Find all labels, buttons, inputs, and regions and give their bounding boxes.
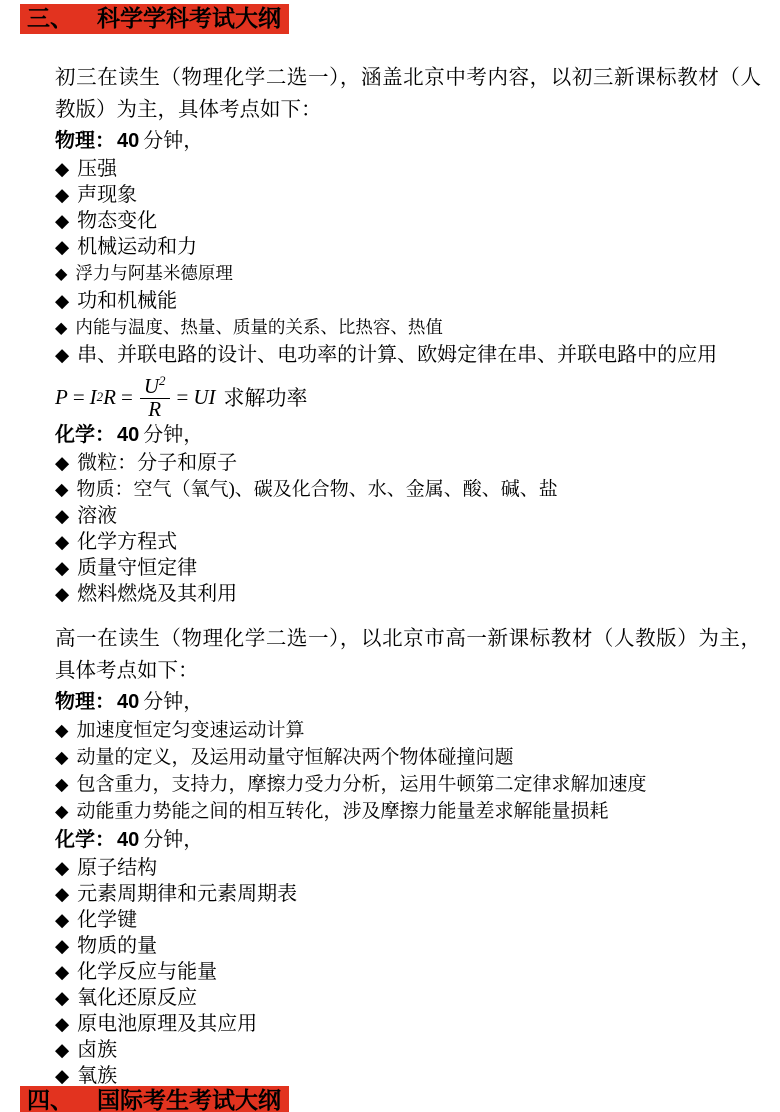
diamond-bullet-icon: ◆ [55, 581, 69, 607]
topic-item: ◆原电池原理及其应用 [55, 1011, 761, 1037]
diamond-bullet-icon: ◆ [55, 234, 69, 260]
diamond-bullet-icon: ◆ [55, 959, 69, 985]
formula-var-ui: UI [193, 385, 215, 410]
topic-item: ◆内能与温度、热量、质量的关系、比热容、热值 [55, 314, 761, 342]
senior-intro-paragraph: 高一在读生（物理化学二选一），以北京市高一新课标教材（人教版）为主，具体考点如下… [55, 623, 761, 687]
duration-unit: 分钟， [143, 424, 203, 446]
topic-item: ◆微粒：分子和原子 [55, 450, 761, 476]
senior-physics-label: 物理：40分钟， [55, 689, 761, 715]
topic-text: 内能与温度、热量、质量的关系、比热容、热值 [75, 317, 443, 337]
formula-var-p: P [55, 385, 68, 410]
topic-item: ◆动量的定义，及运用动量守恒解决两个物体碰撞问题 [55, 744, 761, 771]
diamond-bullet-icon: ◆ [55, 907, 69, 933]
topic-text: 氧族 [77, 1065, 117, 1087]
topic-item: ◆包含重力，支持力，摩擦力受力分析，运用牛顿第二定律求解加速度 [55, 771, 761, 798]
diamond-bullet-icon: ◆ [55, 342, 69, 368]
diamond-bullet-icon: ◆ [55, 717, 68, 743]
senior-physics-topic-list: ◆加速度恒定匀变速运动计算 ◆动量的定义，及运用动量守恒解决两个物体碰撞问题 ◆… [55, 717, 761, 825]
duration-unit: 分钟， [143, 130, 203, 152]
diamond-bullet-icon: ◆ [55, 771, 68, 797]
formula-var-i: I [90, 385, 97, 410]
diamond-bullet-icon: ◆ [55, 450, 69, 476]
section-4-number: 四、 [27, 1088, 73, 1112]
topic-text: 浮力与阿基米德原理 [75, 263, 233, 283]
topic-text: 声现象 [77, 184, 137, 206]
formula-equals: = [73, 385, 85, 410]
formula-equals: = [177, 385, 189, 410]
topic-text: 压强 [77, 158, 117, 180]
diamond-bullet-icon: ◆ [55, 503, 69, 529]
topic-item: ◆原子结构 [55, 855, 761, 881]
diamond-bullet-icon: ◆ [55, 182, 69, 208]
topic-text: 加速度恒定匀变速运动计算 [76, 720, 304, 741]
diamond-bullet-icon: ◆ [55, 262, 67, 288]
topic-item: ◆化学方程式 [55, 529, 761, 555]
fraction-denominator: R [148, 399, 161, 420]
diamond-bullet-icon: ◆ [55, 208, 69, 234]
topic-text: 包含重力，支持力，摩擦力受力分析，运用牛顿第二定律求解加速度 [76, 774, 646, 795]
diamond-bullet-icon: ◆ [55, 1037, 69, 1063]
diamond-bullet-icon: ◆ [55, 1011, 69, 1037]
topic-text: 卤族 [77, 1039, 117, 1061]
subject-name: 化学： [55, 424, 115, 446]
junior-intro-paragraph: 初三在读生（物理化学二选一），涵盖北京中考内容，以初三新课标教材（人教版）为主，… [55, 62, 761, 126]
subject-name: 化学： [55, 829, 115, 851]
diamond-bullet-icon: ◆ [55, 555, 69, 581]
topic-text: 化学反应与能量 [77, 961, 217, 983]
topic-item: ◆声现象 [55, 182, 761, 208]
diamond-bullet-icon: ◆ [55, 156, 69, 182]
subject-name: 物理： [55, 130, 115, 152]
diamond-bullet-icon: ◆ [55, 744, 68, 770]
topic-text: 物质的量 [77, 935, 157, 957]
senior-chemistry-label: 化学：40分钟， [55, 827, 761, 853]
subject-name: 物理： [55, 691, 115, 713]
section-4-title: 国际考生考试大纲 [97, 1088, 281, 1112]
diamond-bullet-icon: ◆ [55, 933, 69, 959]
topic-text: 动能重力势能之间的相互转化，涉及摩擦力能量差求解能量损耗 [76, 801, 608, 822]
duration-unit: 分钟， [143, 691, 203, 713]
topic-text: 质量守恒定律 [77, 557, 197, 579]
diamond-bullet-icon: ◆ [55, 476, 68, 502]
topic-item: ◆化学键 [55, 907, 761, 933]
section-3-number: 三、 [27, 6, 73, 31]
duration-value: 40 [117, 691, 139, 713]
junior-chemistry-topic-list: ◆微粒：分子和原子 ◆物质：空气（氧气)、碳及化合物、水、金属、酸、碱、盐 ◆溶… [55, 450, 761, 607]
diamond-bullet-icon: ◆ [55, 881, 69, 907]
junior-physics-topic-list: ◆压强 ◆声现象 ◆物态变化 ◆机械运动和力 ◆浮力与阿基米德原理 ◆功和机械能… [55, 156, 761, 368]
topic-item: ◆物质：空气（氧气)、碳及化合物、水、金属、酸、碱、盐 [55, 476, 761, 503]
topic-text: 原电池原理及其应用 [77, 1013, 257, 1035]
fraction-numerator: U2 [140, 375, 170, 399]
topic-item: ◆氧化还原反应 [55, 985, 761, 1011]
topic-item: ◆燃料燃烧及其利用 [55, 581, 761, 607]
power-formula: P = I2R = U2 R = UI 求解功率 [55, 374, 761, 420]
topic-item: ◆质量守恒定律 [55, 555, 761, 581]
topic-text: 串、并联电路的设计、电功率的计算、欧姆定律在串、并联电路中的应用 [77, 344, 717, 366]
topic-item: ◆机械运动和力 [55, 234, 761, 260]
topic-item: ◆加速度恒定匀变速运动计算 [55, 717, 761, 744]
diamond-bullet-icon: ◆ [55, 798, 68, 824]
topic-text: 功和机械能 [77, 290, 177, 312]
topic-text: 微粒：分子和原子 [77, 452, 237, 474]
topic-text: 机械运动和力 [77, 236, 197, 258]
topic-item: ◆卤族 [55, 1037, 761, 1063]
diamond-bullet-icon: ◆ [55, 316, 67, 342]
senior-chemistry-topic-list: ◆原子结构 ◆元素周期律和元素周期表 ◆化学键 ◆物质的量 ◆化学反应与能量 ◆… [55, 855, 761, 1089]
duration-value: 40 [117, 130, 139, 152]
formula-fraction: U2 R [140, 375, 170, 420]
formula-equals: = [121, 385, 133, 410]
diamond-bullet-icon: ◆ [55, 529, 69, 555]
topic-item: ◆物质的量 [55, 933, 761, 959]
diamond-bullet-icon: ◆ [55, 985, 69, 1011]
topic-text: 燃料燃烧及其利用 [77, 583, 237, 605]
topic-text: 化学键 [77, 909, 137, 931]
junior-physics-label: 物理：40分钟， [55, 128, 761, 154]
topic-item: ◆元素周期律和元素周期表 [55, 881, 761, 907]
topic-text: 化学方程式 [77, 531, 177, 553]
document-page: 三、科学学科考试大纲 初三在读生（物理化学二选一），涵盖北京中考内容，以初三新课… [0, 0, 780, 1089]
topic-item: ◆化学反应与能量 [55, 959, 761, 985]
topic-text: 原子结构 [77, 857, 157, 879]
topic-item: ◆压强 [55, 156, 761, 182]
duration-unit: 分钟， [143, 829, 203, 851]
section-3-heading: 三、科学学科考试大纲 [20, 4, 289, 34]
topic-item: ◆溶液 [55, 503, 761, 529]
formula-caption: 求解功率 [224, 382, 308, 412]
topic-text: 动量的定义，及运用动量守恒解决两个物体碰撞问题 [76, 747, 513, 768]
topic-text: 氧化还原反应 [77, 987, 197, 1009]
diamond-bullet-icon: ◆ [55, 855, 69, 881]
topic-text: 元素周期律和元素周期表 [77, 883, 297, 905]
topic-item: ◆功和机械能 [55, 288, 761, 314]
topic-item: ◆串、并联电路的设计、电功率的计算、欧姆定律在串、并联电路中的应用 [55, 342, 761, 368]
topic-item: ◆物态变化 [55, 208, 761, 234]
topic-text: 物态变化 [77, 210, 157, 232]
section-4-heading: 四、国际考生考试大纲 [20, 1086, 289, 1112]
duration-value: 40 [117, 424, 139, 446]
duration-value: 40 [117, 829, 139, 851]
topic-text: 溶液 [77, 505, 117, 527]
diamond-bullet-icon: ◆ [55, 288, 69, 314]
topic-text: 物质：空气（氧气)、碳及化合物、水、金属、酸、碱、盐 [76, 479, 557, 500]
formula-var-r: R [103, 385, 116, 410]
topic-item: ◆动能重力势能之间的相互转化，涉及摩擦力能量差求解能量损耗 [55, 798, 761, 825]
section-3-title: 科学学科考试大纲 [97, 6, 281, 31]
junior-chemistry-label: 化学：40分钟， [55, 422, 761, 448]
topic-item: ◆浮力与阿基米德原理 [55, 260, 761, 288]
section-3-body: 初三在读生（物理化学二选一），涵盖北京中考内容，以初三新课标教材（人教版）为主，… [55, 62, 761, 1089]
